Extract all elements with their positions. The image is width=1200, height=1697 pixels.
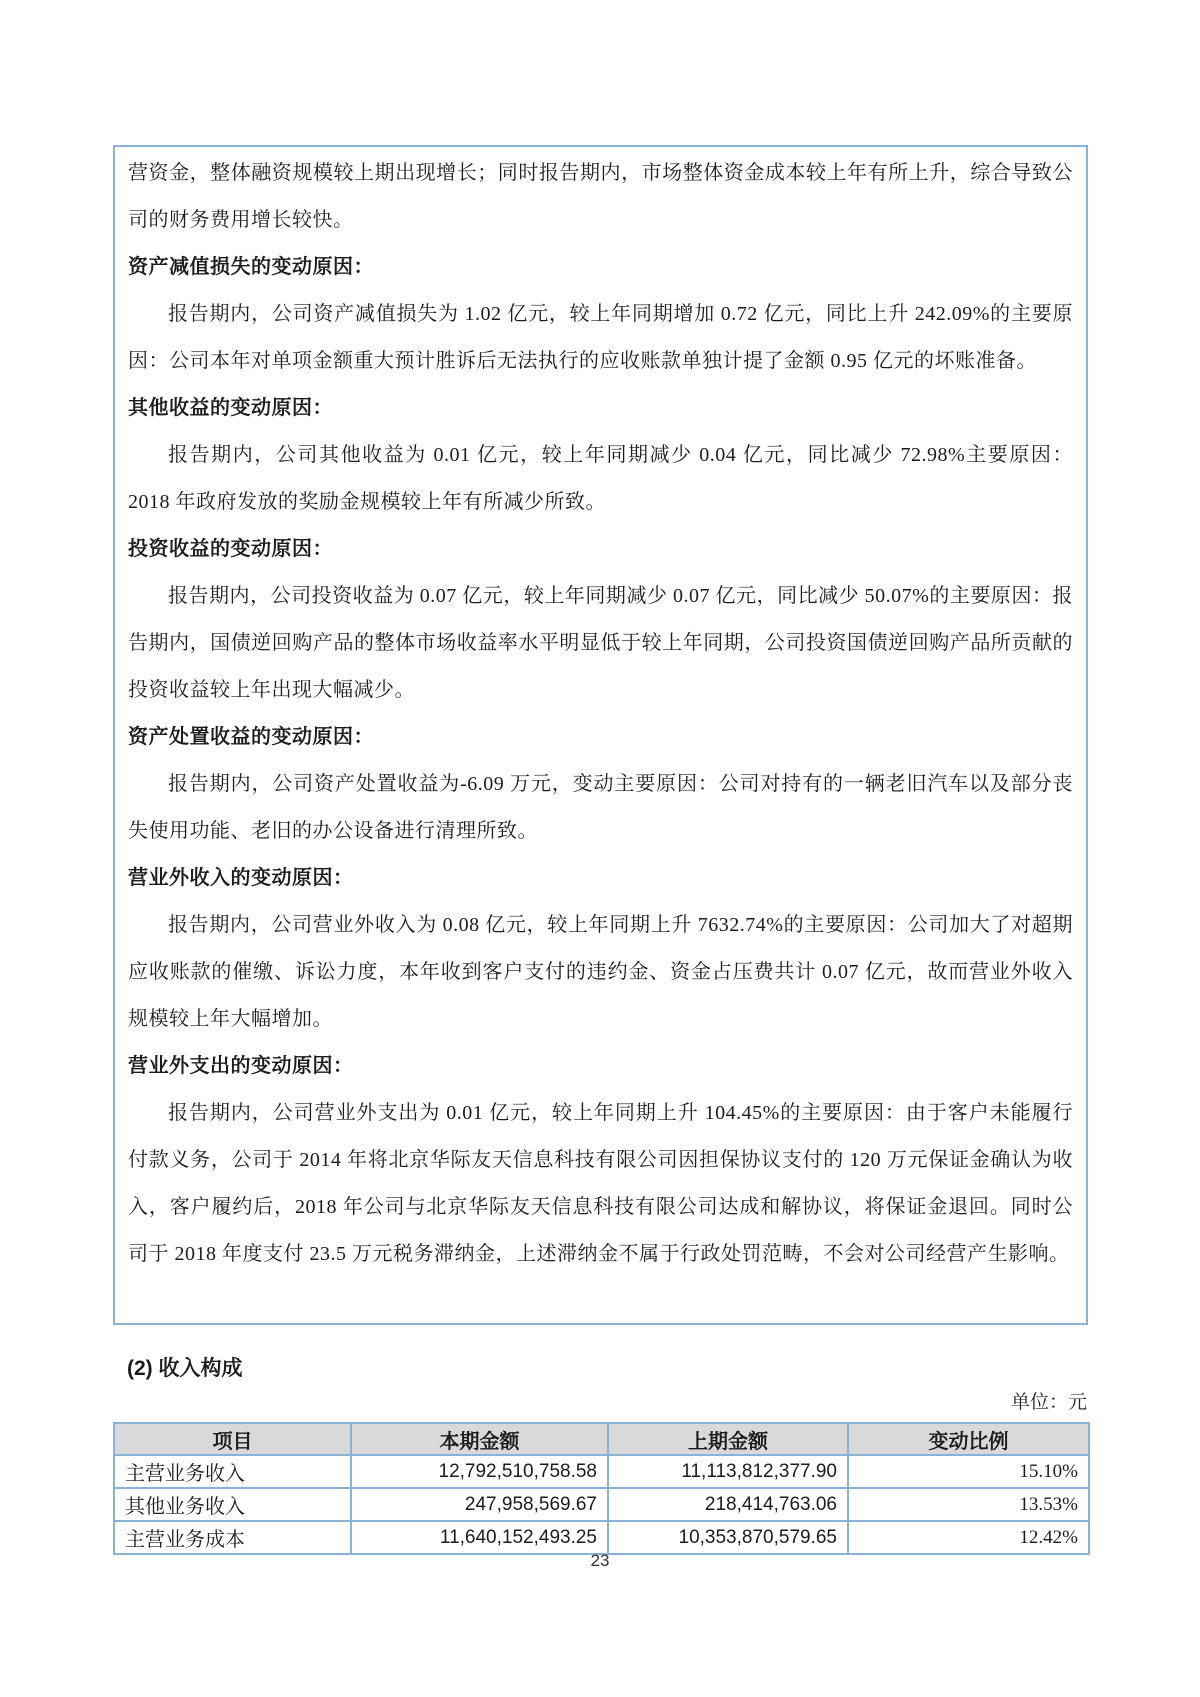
table-row: 其他业务收入 247,958,569.67 218,414,763.06 13.… bbox=[114, 1488, 1089, 1521]
note-heading-investment-income: 投资收益的变动原因： bbox=[128, 526, 1073, 573]
cell-change-ratio: 13.53% bbox=[848, 1488, 1089, 1521]
note-heading-non-operating-income: 营业外收入的变动原因： bbox=[128, 855, 1073, 902]
column-header-current-amount: 本期金额 bbox=[351, 1423, 608, 1455]
cell-current-amount: 12,792,510,758.58 bbox=[351, 1455, 608, 1488]
paragraph-continued: 营资金，整体融资规模较上期出现增长；同时报告期内，市场整体资金成本较上年有所上升… bbox=[128, 150, 1073, 244]
paragraph: 报告期内，公司营业外支出为 0.01 亿元，较上年同期上升 104.45%的主要… bbox=[128, 1090, 1073, 1278]
cell-prior-amount: 10,353,870,579.65 bbox=[608, 1521, 848, 1554]
table-row: 主营业务成本 11,640,152,493.25 10,353,870,579.… bbox=[114, 1521, 1089, 1554]
column-header-item: 项目 bbox=[114, 1423, 351, 1455]
cell-current-amount: 247,958,569.67 bbox=[351, 1488, 608, 1521]
cell-item: 主营业务收入 bbox=[114, 1455, 351, 1488]
note-heading-asset-disposal: 资产处置收益的变动原因： bbox=[128, 714, 1073, 761]
note-heading-other-income: 其他收益的变动原因： bbox=[128, 385, 1073, 432]
column-header-change-ratio: 变动比例 bbox=[848, 1423, 1089, 1455]
cell-change-ratio: 12.42% bbox=[848, 1521, 1089, 1554]
cell-current-amount: 11,640,152,493.25 bbox=[351, 1521, 608, 1554]
paragraph: 报告期内，公司资产减值损失为 1.02 亿元，较上年同期增加 0.72 亿元，同… bbox=[128, 291, 1073, 385]
table-header-row: 项目 本期金额 上期金额 变动比例 bbox=[114, 1423, 1089, 1455]
column-header-prior-amount: 上期金额 bbox=[608, 1423, 848, 1455]
note-heading-non-operating-expense: 营业外支出的变动原因： bbox=[128, 1043, 1073, 1090]
paragraph: 报告期内，公司投资收益为 0.07 亿元，较上年同期减少 0.07 亿元，同比减… bbox=[128, 573, 1073, 714]
cell-prior-amount: 218,414,763.06 bbox=[608, 1488, 848, 1521]
paragraph: 报告期内，公司资产处置收益为-6.09 万元，变动主要原因：公司对持有的一辆老旧… bbox=[128, 761, 1073, 855]
paragraph: 报告期内，公司营业外收入为 0.08 亿元，较上年同期上升 7632.74%的主… bbox=[128, 902, 1073, 1043]
table-row: 主营业务收入 12,792,510,758.58 11,113,812,377.… bbox=[114, 1455, 1089, 1488]
financial-notes-box: 营资金，整体融资规模较上期出现增长；同时报告期内，市场整体资金成本较上年有所上升… bbox=[113, 145, 1088, 1325]
page-number: 23 bbox=[0, 1551, 1200, 1571]
paragraph: 报告期内，公司其他收益为 0.01 亿元，较上年同期减少 0.04 亿元，同比减… bbox=[128, 432, 1073, 526]
cell-prior-amount: 11,113,812,377.90 bbox=[608, 1455, 848, 1488]
cell-change-ratio: 15.10% bbox=[848, 1455, 1089, 1488]
cell-item: 主营业务成本 bbox=[114, 1521, 351, 1554]
cell-item: 其他业务收入 bbox=[114, 1488, 351, 1521]
report-page: 营资金，整体融资规模较上期出现增长；同时报告期内，市场整体资金成本较上年有所上升… bbox=[0, 0, 1200, 1697]
note-heading-asset-impairment: 资产减值损失的变动原因： bbox=[128, 244, 1073, 291]
revenue-composition-table: 项目 本期金额 上期金额 变动比例 主营业务收入 12,792,510,758.… bbox=[113, 1422, 1090, 1555]
revenue-composition-heading: (2) 收入构成 bbox=[127, 1356, 243, 1382]
unit-label: 单位：元 bbox=[1011, 1391, 1087, 1415]
